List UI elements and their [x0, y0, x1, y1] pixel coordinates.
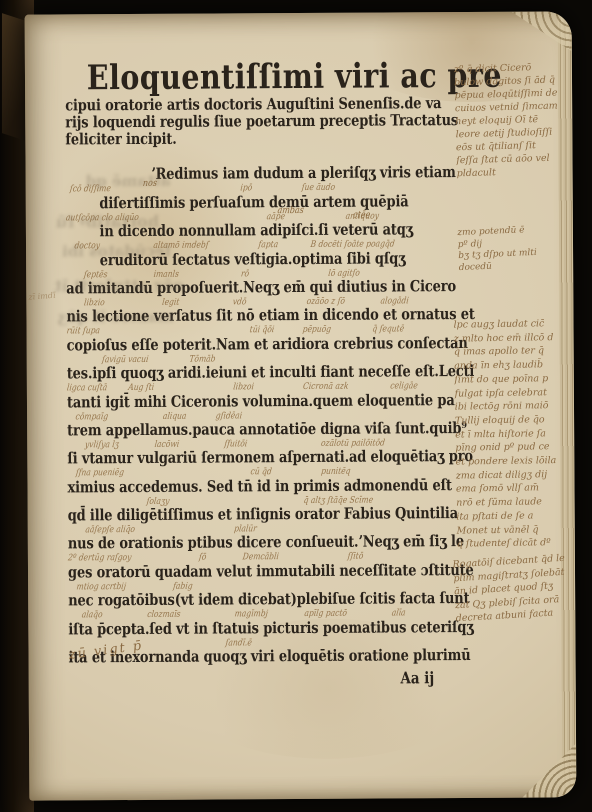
interlinear-gloss: vdō — [232, 297, 247, 307]
quire-signature: Aa ij — [400, 668, 434, 687]
interlinear-gloss: libzoi — [232, 382, 254, 392]
printed-line: trem appellamus.pauca annotatiōe digna v… — [67, 410, 504, 441]
interlinear-gloss: alīa — [391, 609, 406, 619]
interlinear-gloss: libzio — [83, 298, 105, 308]
printed-line-text: iſta p̄cepta.ſed vt in ſtatuis picturis … — [68, 617, 473, 638]
title-line: feliciter incipit. — [65, 128, 502, 148]
title-line: rijs loquendi regulis ſiue poetarum prec… — [65, 111, 502, 131]
interlinear-gloss: ozāōo z ſō — [306, 297, 345, 307]
interlinear-gloss: rō — [240, 269, 249, 279]
printed-line-text: qd̄ ille diligētiſſimus et inſignis orat… — [68, 503, 458, 524]
interlinear-gloss: magīmbj — [234, 609, 268, 619]
marginalia-top-right: zº q̄ dicit Cicerōbulow dagitos ſi ād q̄… — [454, 60, 575, 180]
printed-line: ximius accedemus. Sed tn̄ id in primis a… — [67, 467, 504, 498]
interlinear-gloss: mtiog acrtbij — [76, 582, 127, 592]
page-corner-bottom — [522, 743, 576, 797]
printed-line: copioſus eſſe poterit.Nam et aridiora cr… — [67, 325, 504, 356]
interlinear-gloss: plalūr — [233, 524, 257, 534]
printed-line: nec rogatōibus(vt idem dicebat)plebiſue … — [68, 581, 505, 612]
interlinear-gloss: clozmaīs — [146, 610, 180, 620]
marginalia-line: pldacult — [457, 164, 575, 180]
interlinear-gloss: Demcābli — [242, 553, 279, 563]
interlinear-gloss: Aug ſti — [127, 383, 154, 393]
printed-line-text: ximius accedemus. Sed tn̄ id in primis a… — [67, 475, 451, 496]
interlinear-gloss: ſō — [198, 553, 206, 563]
printed-line: tanti igit̄ mihi Ciceronis volumina.quem… — [67, 382, 504, 413]
printed-line-text: copioſus eſſe poterit.Nam et aridiora cr… — [67, 333, 468, 354]
interlinear-gloss: cū q̄d — [250, 467, 272, 477]
interlinear-gloss: cōmpaīg — [75, 412, 109, 422]
interlinear-gloss: q̄ ſequtē — [372, 325, 405, 335]
interlinear-gloss: q̄ altʒ ſtāq̄e Scīme — [303, 495, 374, 505]
bleedthrough-text: manere īt qōʒ — [58, 308, 174, 327]
printed-text-column: Eloquentiſſimi viri ac pre cipui oratori… — [65, 58, 506, 669]
marginalia-bottom-right: Rogatōiſ dicebant q̄d leplīm magiſtratʒ … — [452, 551, 576, 626]
bleedthrough-text: attamē qd — [86, 172, 171, 191]
bleedthrough-text: hortatibꝰ ſū — [56, 210, 159, 233]
interlinear-gloss: alogādi — [380, 296, 409, 306]
incipit-title-small: cipui oratorie artis doctoris Auguſtini … — [65, 94, 502, 148]
interlinear-gloss: lacōwi — [154, 440, 180, 450]
interlinear-gloss: ſue āudo — [301, 183, 335, 193]
interlinear-gloss: punitēq — [320, 467, 350, 477]
interlinear-gloss: B docēti ſoāte poagq̄d — [310, 240, 395, 251]
interlinear-gloss: rūit ſupa — [66, 327, 100, 337]
marginalia-right-column: lpc augʒ laudat cic̄z mlto hoc em̄ illcō… — [453, 317, 576, 552]
printed-line-text: nec rogatōibus(vt idem dicebat)plebiſue … — [68, 588, 469, 609]
interlinear-gloss: 2º dertūg raſgoy — [67, 554, 132, 564]
interlinear-gloss: alaq̄o — [81, 610, 103, 620]
printed-line-text: trem appellamus.pauca annotatiōe digna v… — [67, 418, 467, 439]
marginalia-line: q ſtudenteſ dicāt dº — [457, 536, 577, 551]
printed-line-text: ʼRedimus iam dudum a pleriſqʒ viris etia… — [151, 162, 456, 183]
interlinear-gloss: tūi q̄ōi — [249, 325, 275, 335]
printed-line: tes.ipſi quoqʒ aridi.ieiuni et inculti f… — [67, 353, 504, 384]
handwritten-gloss: ambas — [277, 205, 305, 216]
printed-line: nus de orationis ptibus dicere conſueuit… — [68, 524, 505, 555]
interlinear-gloss: ſfna pueniēg — [76, 468, 125, 478]
book-page: Eloquentiſſimi viri ac pre cipui oratori… — [25, 11, 577, 800]
interlinear-gloss: fabig — [172, 582, 193, 592]
interlinear-gloss: ozālotū pailōitōd — [320, 438, 385, 448]
incipit-title-large: Eloquentiſſimi viri ac pre — [87, 58, 502, 97]
photo-of-book-page: Eloquentiſſimi viri ac pre cipui oratori… — [0, 0, 592, 812]
interlinear-gloss: lō agitſo — [328, 268, 361, 278]
interlinear-gloss: Cicronā azk — [302, 382, 349, 392]
printed-line: ſi vtamur vulgariū ſermonem aſpernati.ad… — [67, 439, 504, 470]
interlinear-gloss: fapta — [258, 240, 279, 250]
interlinear-gloss: legit — [162, 298, 180, 308]
printed-line-text: ſi vtamur vulgariū ſermonem aſpernati.ad… — [67, 446, 473, 467]
interlinear-gloss: gſidēai — [215, 411, 242, 421]
interlinear-gloss: pēpuōg — [302, 325, 332, 335]
printed-line: ges oratorū quadam velut immutabili nece… — [68, 552, 505, 583]
interlinear-gloss: celigāe — [390, 381, 418, 391]
printed-line: iſta p̄cepta.ſed vt in ſtatuis picturis … — [68, 609, 505, 640]
interlinear-gloss: aāſepſe aliq̄o — [85, 525, 136, 535]
interlinear-gloss: ſolaʒy — [146, 496, 170, 506]
marginalia-mid-note: zmo potendū ēpº dijbʒ tʒ dſpo ut mltidoc… — [457, 223, 576, 274]
printed-line-text: tanti igit̄ mihi Ciceronis volumina.quem… — [67, 390, 455, 411]
interlinear-gloss: Tōmāb — [188, 354, 215, 364]
interlinear-gloss: ſavigū vacui — [101, 355, 149, 365]
interlinear-gloss: ipō — [240, 184, 253, 194]
printed-line: qd̄ ille diligētiſſimus et inſignis orat… — [68, 495, 505, 526]
interlinear-gloss: apīlg pactō — [304, 609, 348, 619]
interlinear-gloss: ſfuitōi — [224, 439, 248, 449]
interlinear-gloss: ſſitō — [347, 552, 364, 562]
bleedthrough-text: ſecūdatos ibi — [62, 242, 171, 261]
handwritten-gloss: ctēe — [352, 210, 370, 221]
interlinear-gloss: yvliſya lʒ — [84, 440, 119, 450]
interlinear-gloss: aliqua — [163, 411, 188, 421]
interlinear-gloss: ſandī.ē — [225, 638, 252, 648]
interlinear-gloss: ligca cuſtā — [66, 383, 107, 393]
bleedthrough-text: oēz attulerit īt — [54, 276, 184, 296]
